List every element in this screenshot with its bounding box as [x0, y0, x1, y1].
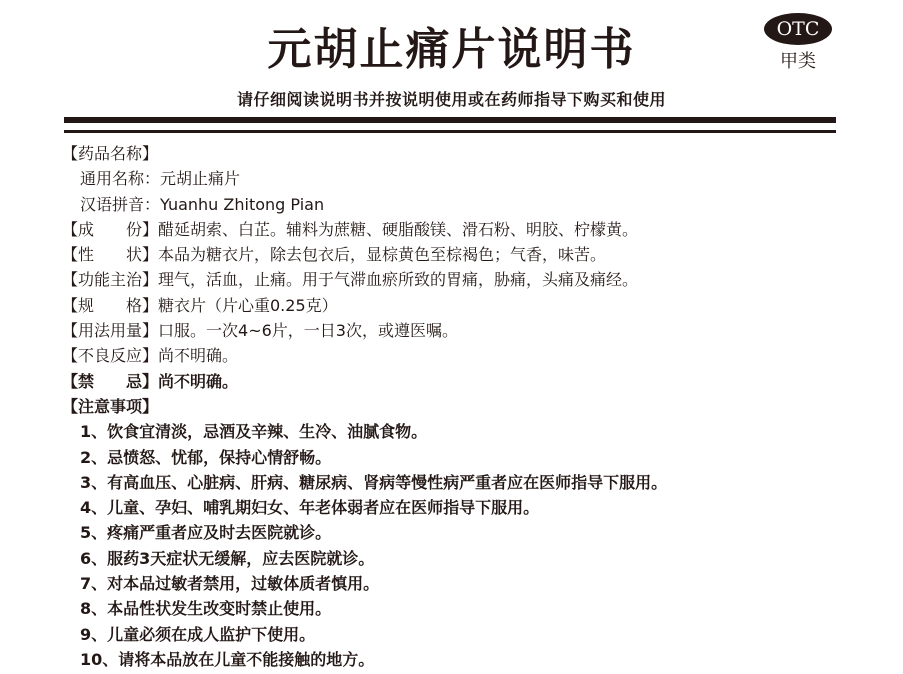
section-heading-precautions: 【注意事项】: [62, 394, 882, 419]
section-label: 【功能主治】: [62, 267, 158, 292]
section-value: 糖衣片（片心重0.25克）: [158, 296, 338, 315]
section-appearance: 【性 状】 本品为糖衣片，除去包衣后，显棕黄色至棕褐色；气香，味苦。: [62, 242, 882, 267]
precaution-item: 1、饮食宜清淡，忌酒及辛辣、生冷、油腻食物。: [62, 419, 882, 444]
section-label: 【不良反应】: [62, 343, 158, 368]
section-dosage: 【用法用量】口服。一次4~6片，一日3次，或遵医嘱。: [62, 318, 882, 343]
section-value: 口服。一次4~6片，一日3次，或遵医嘱。: [158, 321, 458, 340]
pinyin-name-row: 汉语拼音：Yuanhu Zhitong Pian: [62, 192, 882, 217]
pinyin-name-value: Yuanhu Zhitong Pian: [160, 195, 324, 214]
precaution-item: 7、对本品过敏者禁用，过敏体质者慎用。: [62, 571, 882, 596]
document-subtitle: 请仔细阅读说明书并按说明使用或在药师指导下购买和使用: [0, 89, 903, 111]
section-label: 【性 状】: [62, 242, 158, 267]
section-value: 本品为糖衣片，除去包衣后，显棕黄色至棕褐色；气香，味苦。: [158, 245, 606, 264]
section-value: 尚不明确。: [158, 372, 238, 391]
precaution-item: 6、服药3天症状无缓解，应去医院就诊。: [62, 546, 882, 571]
leaflet-body: 【药品名称】 通用名称：元胡止痛片 汉语拼音：Yuanhu Zhitong Pi…: [62, 141, 882, 672]
generic-name-row: 通用名称：元胡止痛片: [62, 166, 882, 191]
pinyin-name-label: 汉语拼音：: [80, 195, 160, 214]
otc-class-label: 甲类: [768, 50, 828, 74]
section-adverse-reactions: 【不良反应】尚不明确。: [62, 343, 882, 368]
precaution-item: 8、本品性状发生改变时禁止使用。: [62, 596, 882, 621]
precaution-item: 5、疼痛严重者应及时去医院就诊。: [62, 520, 882, 545]
section-label: 【禁 忌】: [62, 369, 158, 394]
precaution-item: 4、儿童、孕妇、哺乳期妇女、年老体弱者应在医师指导下服用。: [62, 495, 882, 520]
otc-badge-icon: OTC: [764, 13, 832, 45]
precautions-list: 1、饮食宜清淡，忌酒及辛辣、生冷、油腻食物。 2、忌愤怒、忧郁，保持心情舒畅。 …: [62, 419, 882, 672]
section-contraindications: 【禁 忌】 尚不明确。: [62, 369, 882, 394]
precaution-item: 2、忌愤怒、忧郁，保持心情舒畅。: [62, 445, 882, 470]
section-label: 【规 格】: [62, 293, 158, 318]
section-label: 【用法用量】: [62, 318, 158, 343]
section-value: 理气，活血，止痛。用于气滞血瘀所致的胃痛，胁痛，头痛及痛经。: [158, 270, 638, 289]
header-divider-thin: [64, 130, 836, 133]
precaution-item: 10、请将本品放在儿童不能接触的地方。: [62, 647, 882, 672]
section-ingredients: 【成 份】 醋延胡索、白芷。辅料为蔗糖、硬脂酸镁、滑石粉、明胶、柠檬黄。: [62, 217, 882, 242]
section-heading-drug-name: 【药品名称】: [62, 141, 882, 166]
section-value: 醋延胡索、白芷。辅料为蔗糖、硬脂酸镁、滑石粉、明胶、柠檬黄。: [158, 220, 638, 239]
section-specification: 【规 格】 糖衣片（片心重0.25克）: [62, 293, 882, 318]
generic-name-label: 通用名称：: [80, 169, 160, 188]
precaution-item: 9、儿童必须在成人监护下使用。: [62, 622, 882, 647]
generic-name-value: 元胡止痛片: [160, 169, 240, 188]
precaution-item: 3、有高血压、心脏病、肝病、糖尿病、肾病等慢性病严重者应在医师指导下服用。: [62, 470, 882, 495]
section-value: 尚不明确。: [158, 346, 238, 365]
section-label: 【成 份】: [62, 217, 158, 242]
section-indications: 【功能主治】理气，活血，止痛。用于气滞血瘀所致的胃痛，胁痛，头痛及痛经。: [62, 267, 882, 292]
header-divider-thick: [64, 117, 836, 123]
